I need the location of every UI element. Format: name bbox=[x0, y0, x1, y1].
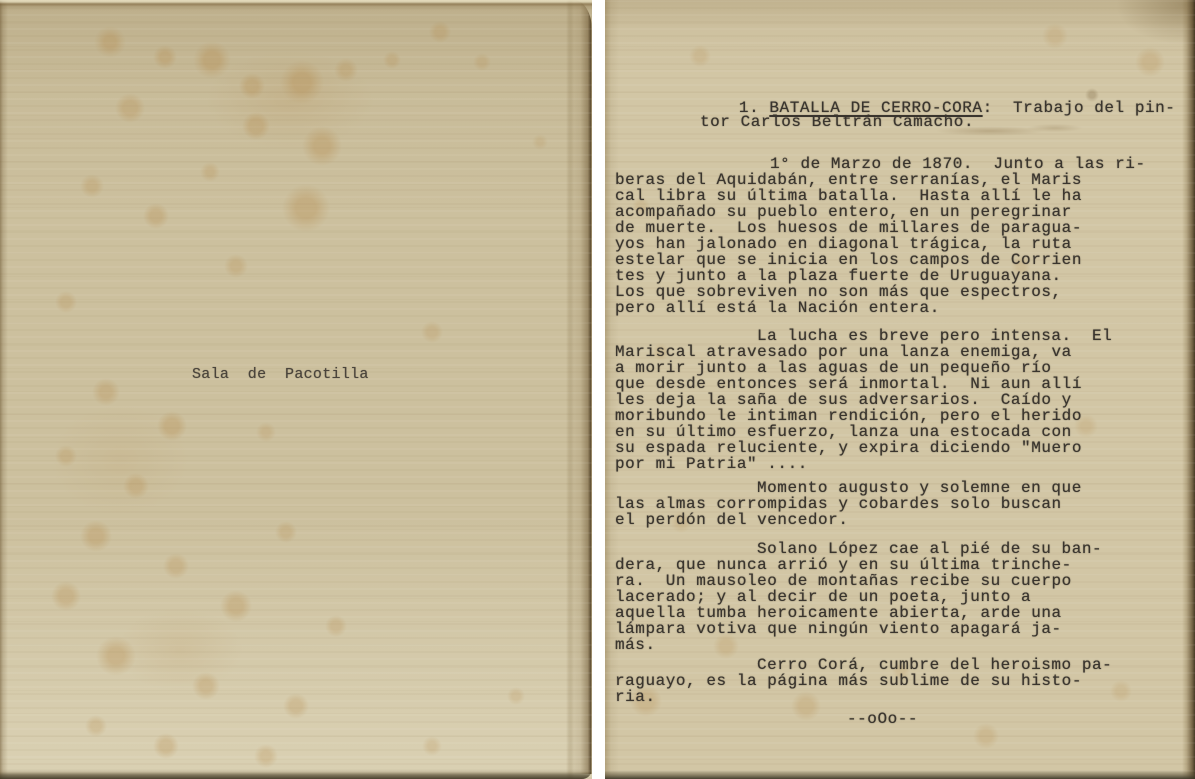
heading-subtitle-line2: tor Carlos Beltrán Camacho. bbox=[700, 114, 974, 130]
foxing-stains bbox=[0, 0, 592, 779]
scanned-document-spread: Sala de Pacotilla 1. BATALLA DE CERRO-CO… bbox=[0, 0, 1195, 779]
paragraph-2: La lucha es breve pero intensa. El Maris… bbox=[615, 328, 1112, 472]
page-edge bbox=[0, 769, 592, 779]
end-mark: --oOo-- bbox=[847, 711, 918, 727]
paragraph-1: 1° de Marzo de 1870. Junto a las ri- ber… bbox=[615, 156, 1146, 316]
heading-subtitle: : Trabajo del pin- bbox=[983, 99, 1176, 117]
paragraph-5: Cerro Corá, cumbre del heroismo pa- ragu… bbox=[615, 657, 1112, 705]
paper-texture bbox=[0, 0, 592, 779]
page-fold-line bbox=[0, 0, 592, 779]
page-edge bbox=[0, 0, 8, 779]
paragraph-4: Solano López cae al pié de su ban- dera,… bbox=[615, 541, 1102, 653]
right-page: 1. BATALLA DE CERRO-CORA: Trabajo del pi… bbox=[605, 0, 1195, 779]
left-page: Sala de Pacotilla bbox=[0, 0, 592, 779]
cover-title-label: Sala de Pacotilla bbox=[192, 367, 369, 383]
paragraph-3: Momento augusto y solemne en que las alm… bbox=[615, 480, 1082, 528]
